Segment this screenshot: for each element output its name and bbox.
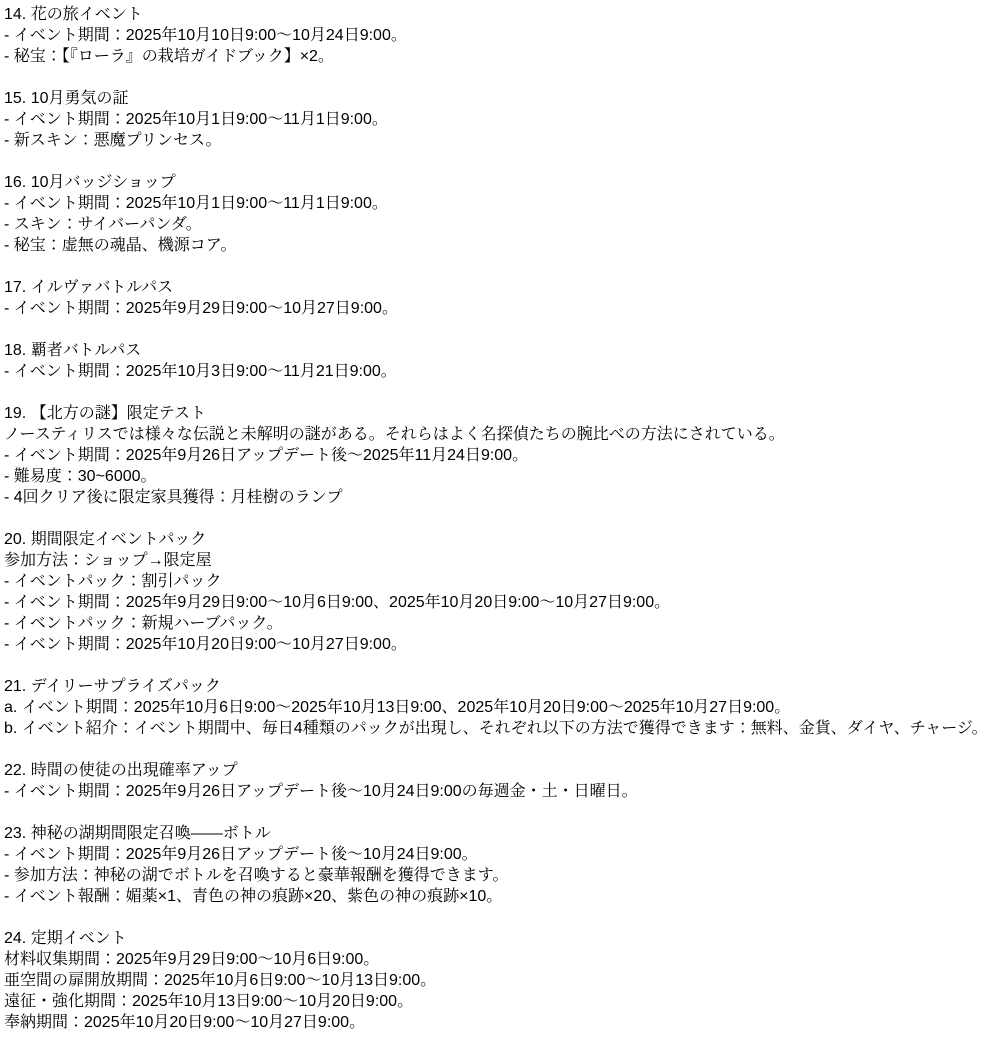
text-line: - イベント報酬：媚薬×1、青色の神の痕跡×20、紫色の神の痕跡×10。 <box>4 886 1005 907</box>
event-section-title: 18. 覇者バトルパス <box>4 340 1005 361</box>
event-14-flower-journey: 14. 花の旅イベント- イベント期間：2025年10月10日9:00～10月2… <box>4 4 1005 67</box>
event-24-periodic-events: 24. 定期イベント材料収集期間：2025年9月29日9:00～10月6日9:0… <box>4 928 1005 1033</box>
event-section-title: 22. 時間の使徒の出現確率アップ <box>4 760 1005 781</box>
text-line: - イベント期間：2025年10月1日9:00～11月1日9:00。 <box>4 109 1005 130</box>
text-line: 亜空間の扉開放期間：2025年10月6日9:00～10月13日9:00。 <box>4 970 1005 991</box>
event-section-title: 16. 10月バッジショップ <box>4 172 1005 193</box>
event-section-title: 17. イルヴァバトルパス <box>4 277 1005 298</box>
text-line: 奉納期間：2025年10月20日9:00～10月27日9:00。 <box>4 1012 1005 1033</box>
text-line: - イベント期間：2025年9月29日9:00～10月27日9:00。 <box>4 298 1005 319</box>
text-line: - イベント期間：2025年9月26日アップデート後～10月24日9:00の毎週… <box>4 781 1005 802</box>
text-line: - イベント期間：2025年10月10日9:00～10月24日9:00。 <box>4 25 1005 46</box>
text-line: b. イベント紹介：イベント期間中、毎日4種類のパックが出現し、それぞれ以下の方… <box>4 718 1005 739</box>
event-section-title: 23. 神秘の湖期間限定召喚——ボトル <box>4 823 1005 844</box>
event-section-title: 24. 定期イベント <box>4 928 1005 949</box>
event-section-title: 15. 10月勇気の証 <box>4 88 1005 109</box>
text-line: - イベントパック：割引パック <box>4 571 1005 592</box>
text-line: ノースティリスでは様々な伝説と未解明の謎がある。それらはよく名探偵たちの腕比べの… <box>4 424 1005 445</box>
event-announcement-document: 14. 花の旅イベント- イベント期間：2025年10月10日9:00～10月2… <box>0 0 1005 1033</box>
text-line: 遠征・強化期間：2025年10月13日9:00～10月20日9:00。 <box>4 991 1005 1012</box>
event-section-title: 19. 【北方の謎】限定テスト <box>4 403 1005 424</box>
text-line: - イベント期間：2025年9月29日9:00～10月6日9:00、2025年1… <box>4 592 1005 613</box>
event-19-northern-mystery-limited-test: 19. 【北方の謎】限定テストノースティリスでは様々な伝説と未解明の謎がある。そ… <box>4 403 1005 508</box>
text-line: - スキン：サイバーパンダ。 <box>4 214 1005 235</box>
text-line: - 新スキン：悪魔プリンセス。 <box>4 130 1005 151</box>
event-section-title: 21. デイリーサプライズパック <box>4 676 1005 697</box>
event-20-limited-time-event-packs: 20. 期間限定イベントパック参加方法：ショップ→限定屋- イベントパック：割引… <box>4 529 1005 655</box>
text-line: - 秘宝：【『ローラ』の栽培ガイドブック】×2。 <box>4 46 1005 67</box>
event-15-october-proof-of-courage: 15. 10月勇気の証- イベント期間：2025年10月1日9:00～11月1日… <box>4 88 1005 151</box>
event-18-conqueror-battle-pass: 18. 覇者バトルパス- イベント期間：2025年10月3日9:00～11月21… <box>4 340 1005 382</box>
event-section-title: 20. 期間限定イベントパック <box>4 529 1005 550</box>
text-line: - 4回クリア後に限定家具獲得：月桂樹のランプ <box>4 487 1005 508</box>
text-line: - イベント期間：2025年9月26日アップデート後～10月24日9:00。 <box>4 844 1005 865</box>
text-line: - イベントパック：新規ハーブパック。 <box>4 613 1005 634</box>
event-23-mystic-lake-limited-summon-bottle: 23. 神秘の湖期間限定召喚——ボトル- イベント期間：2025年9月26日アッ… <box>4 823 1005 907</box>
event-16-october-badge-shop: 16. 10月バッジショップ- イベント期間：2025年10月1日9:00～11… <box>4 172 1005 256</box>
event-21-daily-surprise-pack: 21. デイリーサプライズパックa. イベント期間：2025年10月6日9:00… <box>4 676 1005 739</box>
event-22-time-apostle-rate-up: 22. 時間の使徒の出現確率アップ- イベント期間：2025年9月26日アップデ… <box>4 760 1005 802</box>
text-line: - 参加方法：神秘の湖でボトルを召喚すると豪華報酬を獲得できます。 <box>4 865 1005 886</box>
event-section-title: 14. 花の旅イベント <box>4 4 1005 25</box>
text-line: a. イベント期間：2025年10月6日9:00～2025年10月13日9:00… <box>4 697 1005 718</box>
text-line: - イベント期間：2025年10月20日9:00～10月27日9:00。 <box>4 634 1005 655</box>
text-line: - イベント期間：2025年9月26日アップデート後～2025年11月24日9:… <box>4 445 1005 466</box>
event-17-ylva-battle-pass: 17. イルヴァバトルパス- イベント期間：2025年9月29日9:00～10月… <box>4 277 1005 319</box>
text-line: 材料収集期間：2025年9月29日9:00～10月6日9:00。 <box>4 949 1005 970</box>
text-line: 参加方法：ショップ→限定屋 <box>4 550 1005 571</box>
text-line: - 難易度：30~6000。 <box>4 466 1005 487</box>
text-line: - イベント期間：2025年10月3日9:00～11月21日9:00。 <box>4 361 1005 382</box>
text-line: - イベント期間：2025年10月1日9:00～11月1日9:00。 <box>4 193 1005 214</box>
text-line: - 秘宝：虚無の魂晶、機源コア。 <box>4 235 1005 256</box>
